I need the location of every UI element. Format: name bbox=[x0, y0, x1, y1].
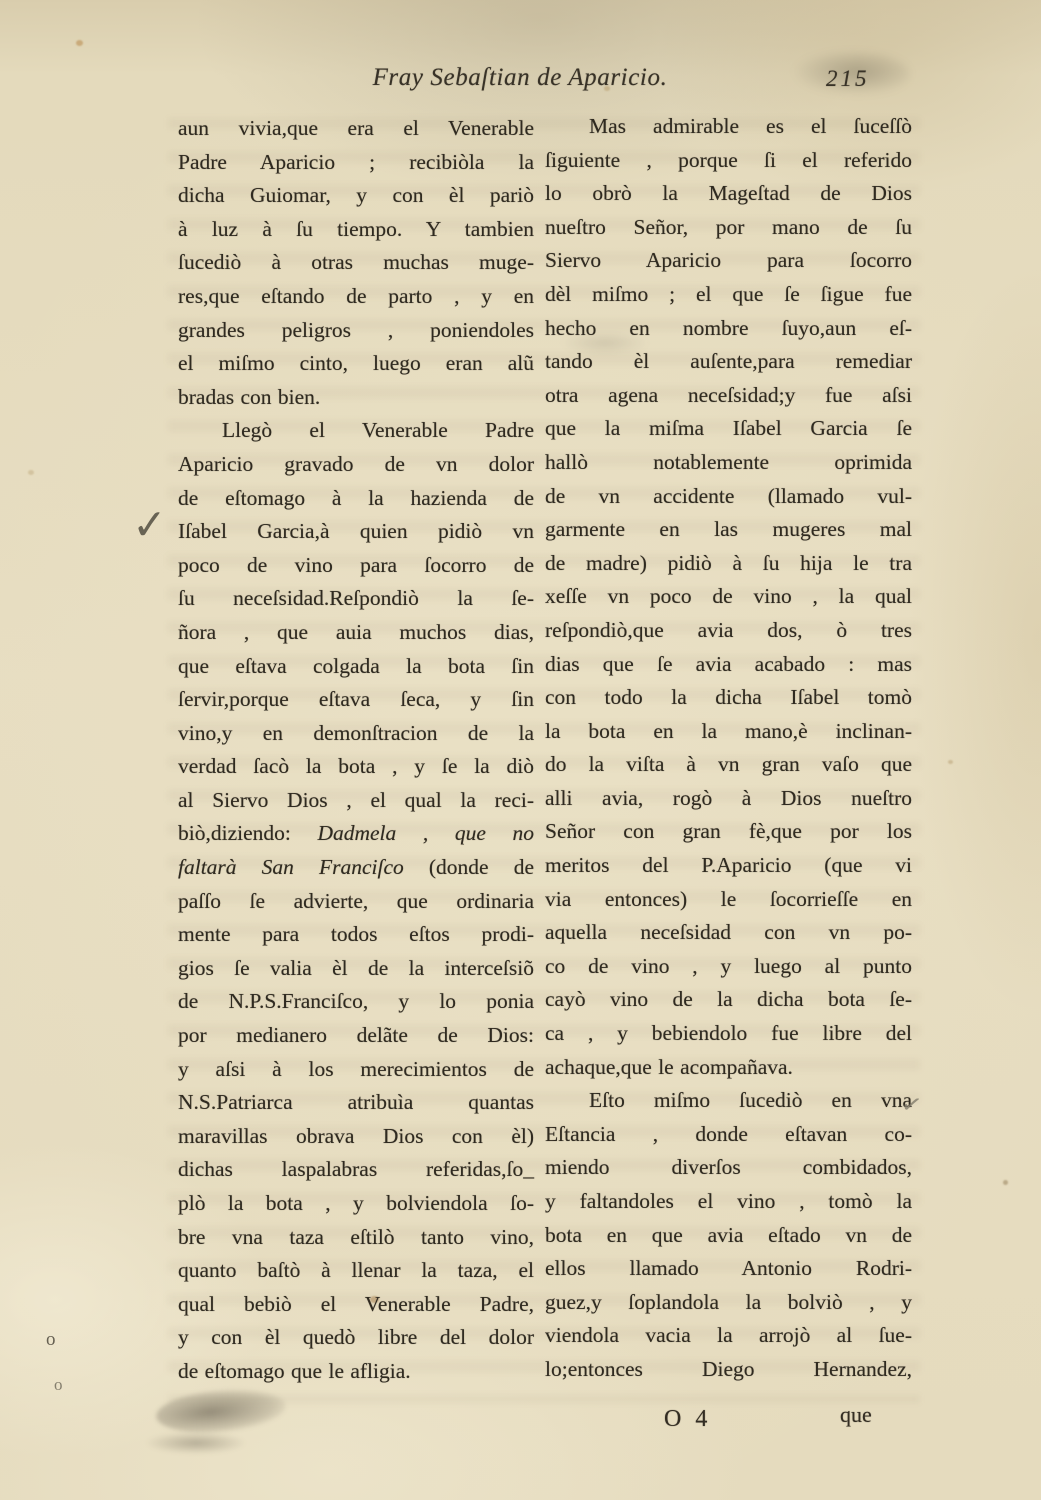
paper-stain bbox=[28, 470, 34, 475]
body-text: aun vivia,que era el Venerable bbox=[178, 116, 534, 140]
body-text: con todo la dicha Iſabel tomò bbox=[545, 685, 912, 709]
body-text: gios ſe valia èl de la interceſsiõ bbox=[178, 956, 534, 980]
margin-o-mark: o bbox=[46, 1330, 56, 1349]
text-line: que eſtava colgada la bota ſin bbox=[178, 650, 534, 684]
body-text: guez,y ſoplandola la bolviò , y bbox=[545, 1290, 912, 1314]
body-text: al Siervo Dios , el qual la reci- bbox=[178, 788, 534, 812]
text-line: dias que ſe avia acabado : mas bbox=[545, 648, 912, 682]
body-text: por medianero delãte de Dios: bbox=[178, 1023, 534, 1047]
text-line: nueſtro Señor, por mano de ſu bbox=[545, 211, 912, 245]
body-text: que la miſma Iſabel Garcia ſe bbox=[545, 416, 912, 440]
body-text: de eſtomago que le afligia. bbox=[178, 1359, 411, 1383]
body-text: de madre) pidiò à ſu hija le tra bbox=[545, 551, 912, 575]
text-line: con todo la dicha Iſabel tomò bbox=[545, 681, 912, 715]
body-text: reſpondiò,que avia dos, ò tres bbox=[545, 618, 912, 642]
text-line: res,que eſtando de parto , y en bbox=[178, 280, 534, 314]
text-line: y aſsi à los merecimientos de bbox=[178, 1053, 534, 1087]
body-text: grandes peligros , poniendoles bbox=[178, 318, 534, 342]
body-text: bota en que avia eſtado vn de bbox=[545, 1223, 912, 1247]
margin-o-mark: o bbox=[54, 1376, 63, 1393]
body-text: Eſtancia , donde eſtavan co- bbox=[545, 1122, 912, 1146]
body-text: de vn accidente (llamado vul- bbox=[545, 484, 912, 508]
text-line: bradas con bien. bbox=[178, 381, 534, 415]
text-line: grandes peligros , poniendoles bbox=[178, 314, 534, 348]
text-line: ſervir,porque eſtava ſeca, y ſin bbox=[178, 683, 534, 717]
body-text: y aſsi à los merecimientos de bbox=[178, 1057, 534, 1081]
text-line: tando èl auſente,para remediar bbox=[545, 345, 912, 379]
text-line: plò la bota , y bolviendola ſo- bbox=[178, 1187, 534, 1221]
body-text: do la viſta à vn gran vaſo que bbox=[545, 752, 912, 776]
body-text: paſſo ſe advierte, que ordinaria bbox=[178, 889, 534, 913]
body-text: co de vino , y luego al punto bbox=[545, 954, 912, 978]
body-text: mente para todos eſtos prodi- bbox=[178, 922, 534, 946]
body-text: hallò notablemente oprimida bbox=[545, 450, 912, 474]
body-text: ſucediò à otras muchas muge- bbox=[178, 250, 534, 274]
body-text: de N.P.S.Franciſco, y lo ponia bbox=[178, 989, 534, 1013]
body-text: y con èl quedò libre del dolor bbox=[178, 1325, 534, 1349]
text-line: xeſſe vn poco de vino , la qual bbox=[545, 580, 912, 614]
body-text: Aparicio gravado de vn dolor bbox=[178, 452, 534, 476]
body-text: plò la bota , y bolviendola ſo- bbox=[178, 1191, 534, 1215]
ink-blot bbox=[146, 1432, 246, 1454]
text-line: co de vino , y luego al punto bbox=[545, 950, 912, 984]
text-line: gios ſe valia èl de la interceſsiõ bbox=[178, 952, 534, 986]
text-line: paſſo ſe advierte, que ordinaria bbox=[178, 885, 534, 919]
body-text: Eſto miſmo ſucediò en vna bbox=[589, 1088, 912, 1112]
text-line: à luz à ſu tiempo. Y tambien bbox=[178, 213, 534, 247]
text-line: bota en que avia eſtado vn de bbox=[545, 1219, 912, 1253]
text-line: ca , y bebiendolo fue libre del bbox=[545, 1017, 912, 1051]
text-line: vino,y en demonſtracion de la bbox=[178, 717, 534, 751]
body-text: garmente en las mugeres mal bbox=[545, 517, 912, 541]
text-line: otra agena neceſsidad;y fue aſsi bbox=[545, 379, 912, 413]
body-text: bre vna taza eſtilò tanto vino, bbox=[178, 1225, 534, 1249]
text-line: dèl miſmo ; el que ſe ſigue fue bbox=[545, 278, 912, 312]
text-line: Padre Aparicio ; recibiòla la bbox=[178, 146, 534, 180]
body-text: alli avia, rogò à Dios nueſtro bbox=[545, 786, 912, 810]
text-line: y con èl quedò libre del dolor bbox=[178, 1321, 534, 1355]
body-text: lo obrò la Mageſtad de Dios bbox=[545, 181, 912, 205]
text-line: maravillas obrava Dios con èl) bbox=[178, 1120, 534, 1154]
body-text: ſiguiente , porque ſi el referido bbox=[545, 148, 912, 172]
body-text: vino,y en demonſtracion de la bbox=[178, 721, 534, 745]
body-text: ellos llamado Antonio Rodri- bbox=[545, 1256, 912, 1280]
paper-stain bbox=[76, 40, 83, 46]
body-text: qual bebiò el Venerable Padre, bbox=[178, 1292, 534, 1316]
body-text: via entonces) le ſocorrieſſe en bbox=[545, 887, 912, 911]
text-column-right: Mas admirable es el ſuceſſòſiguiente , p… bbox=[545, 110, 912, 1387]
body-text: maravillas obrava Dios con èl) bbox=[178, 1124, 534, 1148]
text-line: mente para todos eſtos prodi- bbox=[178, 918, 534, 952]
text-line: y faltandoles el vino , tomò la bbox=[545, 1185, 912, 1219]
ink-blot bbox=[154, 1384, 287, 1437]
text-line: dicha Guiomar, y con èl pariò bbox=[178, 179, 534, 213]
body-text: hecho en nombre ſuyo,aun eſ- bbox=[545, 316, 912, 340]
body-text: poco de vino para ſocorro de bbox=[178, 553, 534, 577]
text-line: poco de vino para ſocorro de bbox=[178, 549, 534, 583]
body-text: el miſmo cinto, luego eran alũ bbox=[178, 351, 534, 375]
text-line: achaque,que le acompañava. bbox=[545, 1051, 912, 1085]
text-line: Llegò el Venerable Padre bbox=[178, 414, 534, 448]
body-text: ñora , que auia muchos dias, bbox=[178, 620, 534, 644]
body-text: dicha Guiomar, y con èl pariò bbox=[178, 183, 534, 207]
text-line: guez,y ſoplandola la bolviò , y bbox=[545, 1286, 912, 1320]
body-text: viendola vacia la arrojò al ſue- bbox=[545, 1323, 912, 1347]
quoted-speech-italic: Dadmela , que no bbox=[317, 821, 534, 845]
text-line: al Siervo Dios , el qual la reci- bbox=[178, 784, 534, 818]
text-line: Mas admirable es el ſuceſſò bbox=[545, 110, 912, 144]
text-line: verdad ſacò la bota , y ſe la diò bbox=[178, 750, 534, 784]
text-line: lo obrò la Mageſtad de Dios bbox=[545, 177, 912, 211]
text-line: qual bebiò el Venerable Padre, bbox=[178, 1288, 534, 1322]
text-line: faltarà San Franciſco (donde de bbox=[178, 851, 534, 885]
text-line: Señor con gran fè,que por los bbox=[545, 815, 912, 849]
text-line: de madre) pidiò à ſu hija le tra bbox=[545, 547, 912, 581]
body-text: Señor con gran fè,que por los bbox=[545, 819, 912, 843]
gathering-signature: O 4 bbox=[664, 1406, 711, 1433]
text-line: via entonces) le ſocorrieſſe en bbox=[545, 883, 912, 917]
text-line: miendo diverſos combidados, bbox=[545, 1151, 912, 1185]
page-number: 215 bbox=[826, 66, 870, 92]
body-text: la bota en la mano,è inclinan- bbox=[545, 719, 912, 743]
text-line: Aparicio gravado de vn dolor bbox=[178, 448, 534, 482]
body-text: Llegò el Venerable Padre bbox=[222, 418, 534, 442]
catchword: que bbox=[840, 1402, 872, 1428]
text-line: hallò notablemente oprimida bbox=[545, 446, 912, 480]
text-line: ñora , que auia muchos dias, bbox=[178, 616, 534, 650]
text-line: de eſtomago que le afligia. bbox=[178, 1355, 534, 1389]
body-text: Mas admirable es el ſuceſſò bbox=[589, 114, 912, 138]
text-line: aun vivia,que era el Venerable bbox=[178, 112, 534, 146]
body-text: N.S.Patriarca atribuìa quantas bbox=[178, 1090, 534, 1114]
text-line: ſu neceſsidad.Reſpondiò la ſe- bbox=[178, 582, 534, 616]
body-text: lo;entonces Diego Hernandez, bbox=[545, 1357, 912, 1381]
text-line: de N.P.S.Franciſco, y lo ponia bbox=[178, 985, 534, 1019]
body-text: tando èl auſente,para remediar bbox=[545, 349, 912, 373]
body-text: meritos del P.Aparicio (que vi bbox=[545, 853, 912, 877]
book-page: Fray Sebaſtian de Aparicio. 215 aun vivi… bbox=[0, 0, 1041, 1500]
body-text: que eſtava colgada la bota ſin bbox=[178, 654, 534, 678]
text-line: dichas laspalabras referidas,ſo_ bbox=[178, 1153, 534, 1187]
body-text: Padre Aparicio ; recibiòla la bbox=[178, 150, 534, 174]
body-text: otra agena neceſsidad;y fue aſsi bbox=[545, 383, 912, 407]
body-text: verdad ſacò la bota , y ſe la diò bbox=[178, 754, 534, 778]
body-text: dias que ſe avia acabado : mas bbox=[545, 652, 912, 676]
text-line: Iſabel Garcia,à quien pidiò vn bbox=[178, 515, 534, 549]
text-line: hecho en nombre ſuyo,aun eſ- bbox=[545, 312, 912, 346]
text-line: garmente en las mugeres mal bbox=[545, 513, 912, 547]
margin-checkmark-left: ✓ bbox=[131, 503, 168, 546]
body-text: ſervir,porque eſtava ſeca, y ſin bbox=[178, 687, 534, 711]
body-text: achaque,que le acompañava. bbox=[545, 1055, 793, 1079]
body-text: Iſabel Garcia,à quien pidiò vn bbox=[178, 519, 534, 543]
text-line: por medianero delãte de Dios: bbox=[178, 1019, 534, 1053]
text-line: bre vna taza eſtilò tanto vino, bbox=[178, 1221, 534, 1255]
text-line: que la miſma Iſabel Garcia ſe bbox=[545, 412, 912, 446]
text-line: quanto baſtò à llenar la taza, el bbox=[178, 1254, 534, 1288]
text-line: aquella neceſsidad con vn po- bbox=[545, 916, 912, 950]
body-text: biò,diziendo: bbox=[178, 821, 317, 845]
text-line: do la viſta à vn gran vaſo que bbox=[545, 748, 912, 782]
body-text: nueſtro Señor, por mano de ſu bbox=[545, 215, 912, 239]
body-text: à luz à ſu tiempo. Y tambien bbox=[178, 217, 534, 241]
text-line: la bota en la mano,è inclinan- bbox=[545, 715, 912, 749]
body-text: aquella neceſsidad con vn po- bbox=[545, 920, 912, 944]
text-line: cayò vino de la dicha bota ſe- bbox=[545, 983, 912, 1017]
text-line: meritos del P.Aparicio (que vi bbox=[545, 849, 912, 883]
body-text: xeſſe vn poco de vino , la qual bbox=[545, 584, 912, 608]
body-text: Siervo Aparicio para ſocorro bbox=[545, 248, 912, 272]
text-line: lo;entonces Diego Hernandez, bbox=[545, 1353, 912, 1387]
text-line: ſucediò à otras muchas muge- bbox=[178, 246, 534, 280]
text-line: Eſto miſmo ſucediò en vna bbox=[545, 1084, 912, 1118]
text-line: alli avia, rogò à Dios nueſtro bbox=[545, 782, 912, 816]
text-line: de eſtomago à la hazienda de bbox=[178, 482, 534, 516]
text-line: Eſtancia , donde eſtavan co- bbox=[545, 1118, 912, 1152]
margin-checkmark-right: ✓ bbox=[899, 1090, 925, 1119]
body-text: y faltandoles el vino , tomò la bbox=[545, 1189, 912, 1213]
quoted-speech-italic: faltarà San Franciſco bbox=[178, 855, 404, 879]
text-line: biò,diziendo: Dadmela , que no bbox=[178, 817, 534, 851]
body-text: miendo diverſos combidados, bbox=[545, 1155, 912, 1179]
text-line: ellos llamado Antonio Rodri- bbox=[545, 1252, 912, 1286]
running-head: Fray Sebaſtian de Aparicio. bbox=[170, 64, 870, 92]
body-text: res,que eſtando de parto , y en bbox=[178, 284, 534, 308]
text-line: viendola vacia la arrojò al ſue- bbox=[545, 1319, 912, 1353]
body-text: cayò vino de la dicha bota ſe- bbox=[545, 987, 912, 1011]
paper-stain bbox=[1003, 1180, 1008, 1185]
body-text: bradas con bien. bbox=[178, 385, 320, 409]
body-text: dèl miſmo ; el que ſe ſigue fue bbox=[545, 282, 912, 306]
body-text: (donde de bbox=[404, 855, 534, 879]
body-text: quanto baſtò à llenar la taza, el bbox=[178, 1258, 534, 1282]
text-line: de vn accidente (llamado vul- bbox=[545, 480, 912, 514]
text-column-left: aun vivia,que era el VenerablePadre Apar… bbox=[178, 112, 534, 1389]
text-line: reſpondiò,que avia dos, ò tres bbox=[545, 614, 912, 648]
body-text: dichas laspalabras referidas,ſo_ bbox=[178, 1157, 534, 1181]
text-line: el miſmo cinto, luego eran alũ bbox=[178, 347, 534, 381]
body-text: ca , y bebiendolo fue libre del bbox=[545, 1021, 912, 1045]
text-line: N.S.Patriarca atribuìa quantas bbox=[178, 1086, 534, 1120]
text-line: ſiguiente , porque ſi el referido bbox=[545, 144, 912, 178]
body-text: ſu neceſsidad.Reſpondiò la ſe- bbox=[178, 586, 534, 610]
text-line: Siervo Aparicio para ſocorro bbox=[545, 244, 912, 278]
body-text: de eſtomago à la hazienda de bbox=[178, 486, 534, 510]
paper-stain bbox=[948, 760, 953, 764]
